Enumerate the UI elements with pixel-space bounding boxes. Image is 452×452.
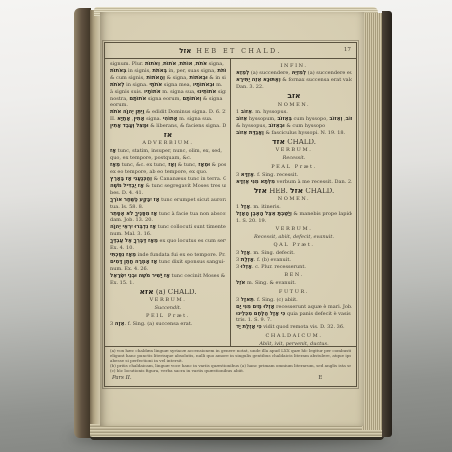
text-line: bes. D. 4. 41. [110,190,226,197]
text-line: II. אָתִין, אָתַיָּא signa. אָתוֹהִי m. … [110,116,226,123]
text-line: וְהַכְּנַעֲנִי אָז בָּאָרֶץ & Cananæus t… [110,176,226,183]
book-bottom-page-edges [90,424,384,440]
entry-azad-forms: אַזְדָּא 3. f. Sing. recessit.מִלְּתָא מ… [236,172,352,186]
book-page: אזל HEB ET CHALD. 17 signum. Plur. אֹתֹת… [100,12,364,426]
text-line: Succendit. [110,305,226,312]
text-line: dam. Job. 13. 20. [110,217,226,224]
text-line: וּמַצִּל וְעָבֵד אָתִין & liberans, & fa… [110,123,226,130]
text-line: וְאַתּוּנָא אֵזֵה יַתִּירָא & fornax suc… [236,77,352,84]
heading-futur: FUTUR. [236,289,352,296]
text-columns: signum. Plur. אֹתֹת, אוֹתֹת, אֹתוֹת, וְא… [105,59,356,346]
text-line: Recessit, abiit, defecit, evanuit. [236,234,352,241]
text-line: VERBUM. [110,297,226,304]
text-line: אֵזוֹב hyssopum, בְּאֵזוֹב cum hyssopo, … [236,116,352,123]
book-photo: { "header": { "headword": "אזל", "title"… [0,0,452,452]
running-head-title: HEB ET CHALD. [196,47,281,55]
text-line: אזב [236,93,352,100]
left-column: signum. Plur. אֹתֹת, אוֹתֹת, אֹתוֹת, וְא… [105,59,230,346]
text-line: מֵאָז נִסַּכְתִּי inde fundata fui ex eo… [110,252,226,259]
heading-adverbium: ADVERBIUM. [110,140,226,147]
text-line: NOMEN. [236,196,352,203]
text-line: אָז מִפָּנֶיךָ לֹא אֶסָּתֵר tunc à facie… [110,211,226,218]
heading-peal-praet: PEAL Præt. [236,164,352,171]
signature-row: Pars II. E [105,374,356,386]
text-line: VERBUM. [236,226,352,233]
text-line: אָזְלַת 3. f. (b) evanuit. [236,257,352,264]
text-line: signum. Plur. אֹתֹת, אוֹתֹת, אֹתוֹת, וְא… [110,61,226,68]
running-head-hebrew: אזל [179,47,191,55]
text-line: אזא (a) CHALD. [110,289,226,296]
heading-ben: BEN. [236,272,352,279]
gloss-succendit: Succendit. [110,305,226,312]
text-line: NOMEN. [236,102,352,109]
text-line: ADVERBIUM. [110,140,226,147]
entry-azal-praet: אָזַל 3. m. Sing. defecit.אָזְלַת 3. f. … [236,250,352,271]
text-line: אֵזוֹב 1. m. hyssopus. [236,109,352,116]
signature-letter: E [318,375,322,381]
heading-verbum: VERBUM. [236,147,352,154]
text-line: אָז tunc, statim, insuper, nunc, olim, e… [110,148,226,155]
text-line: PEIL Præt. [110,313,226,320]
text-line: PEAL Præt. [236,164,352,171]
book-cover-edge [382,11,392,437]
heading-nomen: NOMEN. [236,196,352,203]
entry-azal-nomen: אָזֶל 1. m. itineris.וְיָשַׁבְתָּ אֵצֶל … [236,204,352,225]
text-line: מִלְּתָא מִנִּי אַזְדָּא verbum à me rec… [236,179,352,186]
text-line: אָזַל 3. m. Sing. defecit. [236,250,352,257]
page-number: 17 [344,47,351,53]
heading-nomen: NOMEN. [236,102,352,109]
text-line: & hyssopus, וּבְאֵזוֹב & cum hyssopo [236,123,352,130]
heading-verbum: VERBUM. [236,226,352,233]
text-line: CHALDAICUM. [236,333,352,340]
right-column: INFIN.לְמֵזֵא (a) succendere, לְמִזְיֵהּ… [230,59,356,346]
entry-aza-infin: לְמֵזֵא (a) succendere, לְמִזְיֵהּ (a) s… [236,70,352,91]
text-line: אֵזֶה 3. f. Sing. (a) succensa erat. [110,321,226,328]
entry-ezob-forms: אֵזוֹב hyssopum, בְּאֵזוֹב cum hyssopo, … [236,116,352,137]
text-line: FUTUR. [236,289,352,296]
part-label: Pars II. [112,375,132,381]
text-line: בְּאֹתוֹת in signis, בְּאֹתֹת in, per, s… [110,68,226,75]
text-line: מֵאָז דַּבֶּרְךָ אֶל עַבְדֶּךָ ex quo lo… [110,238,226,245]
form-line: אֵזֶה 3. f. Sing. (a) succensa erat. [110,321,226,328]
text-line: אָזְלוּ 3. c. Plur. recesserunt. [236,264,352,271]
text-line: num. Mal. 3. 16. [110,231,226,238]
book-spine [74,8,91,438]
text-line: וַיִּתֵּן יְהוָֹה אֹתֹת & edidit Dominus… [110,109,226,116]
running-head: אזל HEB ET CHALD. 17 [105,43,356,59]
heading-infin: INFIN. [236,63,352,70]
text-line: אזל HEB. אזל CHALD. [236,188,352,195]
text-line: אֹזֵל m. Sing. & evanuit. [236,280,352,287]
text-line: Ex. 4. 10. [110,245,226,252]
text-line: כִּי אָזְלַת יָד vidit quod remota vis. … [236,324,352,331]
text-line: BEN. [236,272,352,279]
heading-peil-praet: PEIL Præt. [110,313,226,320]
text-line: אָזֶל 1. m. itineris. [236,204,352,211]
text-line: אז [110,132,226,139]
text-line: QAL Præt. [236,242,352,249]
footnotes: (a) vox hæc chaldæa linguæ syriacæ accen… [105,346,356,375]
text-line: וַאֲגֻדַּת אֵזוֹב & fasciculus hyssopi. … [236,130,352,137]
text-line: אַזְדָּא 3. f. Sing. recessit. [236,172,352,179]
text-line: תֵּאזַל 3. f. Sing. (c) abiit. [236,297,352,304]
headword-azal-heb-chald: אזל HEB. אזל CHALD. [236,188,352,195]
text-line: Ex. 15. 1. [110,280,226,287]
text-line: tua. Is. 58. 8. [110,204,226,211]
heading-verbum: VERBUM. [110,297,226,304]
text-line: VERBUM. [236,147,352,154]
text-line: num. Ex. 4. 26. [110,266,226,273]
text-line: Dan. 3. 22. [236,84,352,91]
text-line: INFIN. [236,63,352,70]
entry-oth-continuation: signum. Plur. אֹתֹת, אוֹתֹת, אֹתוֹת, וְא… [110,61,226,130]
heading-qal-praet: QAL Præt. [236,242,352,249]
text-line: כִּי אָזַל הַלֶּחֶם מִכֵּלֵינוּ quia pan… [236,311,352,318]
text-line: à signis suis. אֹתוֹתָיו m. signa sua, א… [110,89,226,96]
gloss-recessit: Recessit. [236,155,352,162]
text-line: אָז נִדְבְּרוּ יִרְאֵי יְהוָֹה tunc coll… [110,224,226,231]
headword-aza-chald: אזא (a) CHALD. [110,289,226,296]
text-frame-border: אזל HEB ET CHALD. 17 signum. Plur. אֹתֹת… [104,42,357,387]
text-line: לְמֵזֵא (a) succendere, לְמִזְיֵהּ (a) s… [236,70,352,77]
text-line: ex eo tempore, ab eo tempore, ex quo. [110,169,226,176]
text-line: אָז יִבָּקַע כַּשַּׁחַר אוֹרֶךָ tunc eru… [110,197,226,204]
footnote-line: (c) hìc locutionis figura, verba sacra i… [110,368,351,373]
text-line: וְיָשַׁבְתָּ אֵצֶל הָאֶבֶן הָאָזֶל & man… [236,211,352,218]
text-line: tris. 1. S. 9. 7. [236,317,352,324]
text-line: אָז יָשִׁיר מֹשֶׁה וּבְנֵי יִשְׂרָאֵל tu… [110,273,226,280]
headword-ezob: אזב [236,93,352,100]
form-line: אֵזוֹב 1. m. hyssopus. [236,109,352,116]
text-line: אזד CHALD. [236,139,352,146]
text-line: quo, ex tempore, postquam, &c. [110,155,226,162]
text-line: אָזְלוּ מַיִם מִנִּי יָם recesserunt aqu… [236,304,352,311]
heading-chaldaicum: CHALDAICUM. [236,333,352,340]
gloss-recessit-abiit: Recessit, abiit, defecit, evanuit. [236,234,352,241]
text-line: Recessit. [236,155,352,162]
text-line: מֵאָז tunc, &c. ex tunc, וְאָז & tunc, ו… [110,162,226,169]
text-line: אָז אָמְרָה חֲתַן דָּמִים tunc dixit spo… [110,259,226,266]
text-line: nostra, אֹתוֹתָם signa eorum, וְאֹתוֹתָם… [110,96,226,103]
entry-azal-futur: תֵּאזַל 3. f. Sing. (c) abiit.אָזְלוּ מַ… [236,297,352,332]
form-line: אֹזֵל m. Sing. & evanuit. [236,280,352,287]
entry-az-adverb: אָז tunc, statim, insuper, nunc, olim, e… [110,148,226,286]
book-fore-edge-pages [362,13,383,430]
headword-azad-chald: אזד CHALD. [236,139,352,146]
text-line: & cum signis, וְהָאֹתוֹת & signa, וּבְאֹ… [110,75,226,82]
text-line: לְאֹתֹת in signa. אֹתֹתַי signa mea, וּב… [110,82,226,89]
text-line: eorum. [110,102,226,109]
headword-az: אז [110,132,226,139]
text-line: אָז יַבְדִּיל מֹשֶׁה & tunc segregavit M… [110,183,226,190]
text-line: 1. S. 20. 19. [236,218,352,225]
